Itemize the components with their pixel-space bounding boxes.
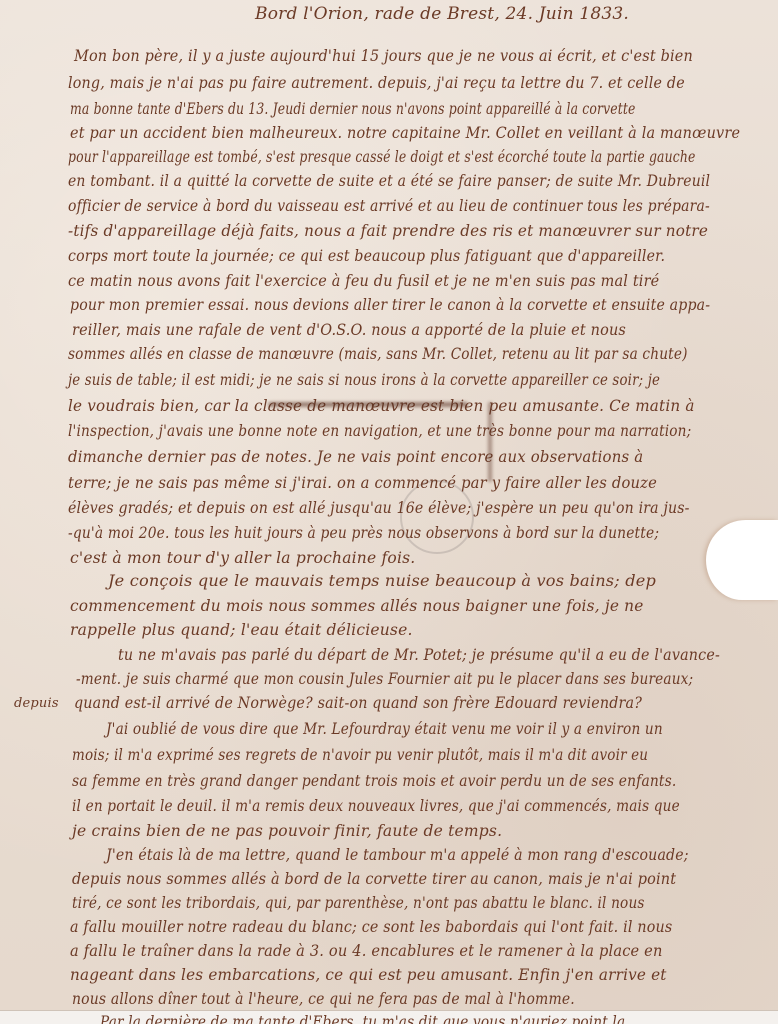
paper-tear-hole xyxy=(706,520,778,600)
letter-line: quand est-il arrivé de Norwège? sait-on … xyxy=(74,694,642,712)
letter-line: je crains bien de ne pas pouvoir finir, … xyxy=(72,822,502,840)
letter-line: -tifs d'appareillage déjà faits, nous a … xyxy=(68,222,708,240)
letter-line: a fallu le traîner dans la rade à 3. ou … xyxy=(70,942,663,960)
letter-line: tiré, ce sont les tribordais, qui, par p… xyxy=(72,894,645,912)
ink-smudge-mark xyxy=(268,402,468,407)
letter-line: pour mon premier essai. nous devions all… xyxy=(70,296,710,314)
letter-line: commencement du mois nous sommes allés n… xyxy=(70,597,644,615)
letter-line: en tombant. il a quitté la corvette de s… xyxy=(68,172,710,190)
letter-line: J'ai oublié de vous dire que Mr. Lefourd… xyxy=(106,720,663,738)
letter-line: sommes allés en classe de manœuvre (mais… xyxy=(68,345,688,363)
letter-line: tu ne m'avais pas parlé du départ de Mr.… xyxy=(118,646,720,664)
letter-line: officier de service à bord du vaisseau e… xyxy=(68,197,710,215)
letter-line: corps mort toute la journée; ce qui est … xyxy=(68,247,665,265)
letter-dateline: Bord l'Orion, rade de Brest, 24. Juin 18… xyxy=(255,4,629,24)
letter-line: rappelle plus quand; l'eau était délicie… xyxy=(70,621,413,639)
letter-line: il en portait le deuil. il m'a remis deu… xyxy=(72,797,680,815)
letter-line: et par un accident bien malheureux. notr… xyxy=(70,124,740,142)
letter-line: c'est à mon tour d'y aller la prochaine … xyxy=(70,549,415,567)
letter-line: -qu'à moi 20e. tous les huit jours à peu… xyxy=(68,524,659,542)
letter-line: a fallu mouiller notre radeau du blanc; … xyxy=(70,918,672,936)
letter-line: nous allons dîner tout à l'heure, ce qui… xyxy=(72,990,575,1008)
letter-line: J'en étais là de ma lettre, quand le tam… xyxy=(106,846,689,864)
letter-line: Mon bon père, il y a juste aujourd'hui 1… xyxy=(74,47,693,65)
letter-line: ce matin nous avons fait l'exercice à fe… xyxy=(68,272,659,290)
letter-line: je suis de table; il est midi; je ne sai… xyxy=(68,371,660,389)
letter-line: pour l'appareillage est tombé, s'est pre… xyxy=(68,148,696,166)
letter-line: terre; je ne sais pas même si j'irai. on… xyxy=(68,474,657,492)
margin-note: depuis xyxy=(14,696,59,711)
letter-line: sa femme en très grand danger pendant tr… xyxy=(72,772,676,790)
letter-line: Je conçois que le mauvais temps nuise be… xyxy=(108,572,656,590)
letter-line: l'inspection, j'avais une bonne note en … xyxy=(68,422,691,440)
letter-line: élèves gradés; et depuis on est allé jus… xyxy=(68,499,690,517)
letter-line: Par la dernière de ma tante d'Ebers, tu … xyxy=(100,1013,625,1024)
letter-line: long, mais je n'ai pas pu faire autremen… xyxy=(68,74,685,92)
ink-smudge-stroke xyxy=(488,402,492,482)
letter-line: mois; il m'a exprimé ses regrets de n'av… xyxy=(72,746,648,764)
letter-line: depuis nous sommes allés à bord de la co… xyxy=(72,870,676,888)
letter-line: dimanche dernier pas de notes. Je ne vai… xyxy=(68,448,643,466)
letter-line: -ment. je suis charmé que mon cousin Jul… xyxy=(76,670,693,688)
letter-line: ma bonne tante d'Ebers du 13. Jeudi dern… xyxy=(70,100,636,118)
letter-line: reiller, mais une rafale de vent d'O.S.O… xyxy=(72,321,626,339)
letter-line: nageant dans les embarcations, ce qui es… xyxy=(70,966,667,984)
